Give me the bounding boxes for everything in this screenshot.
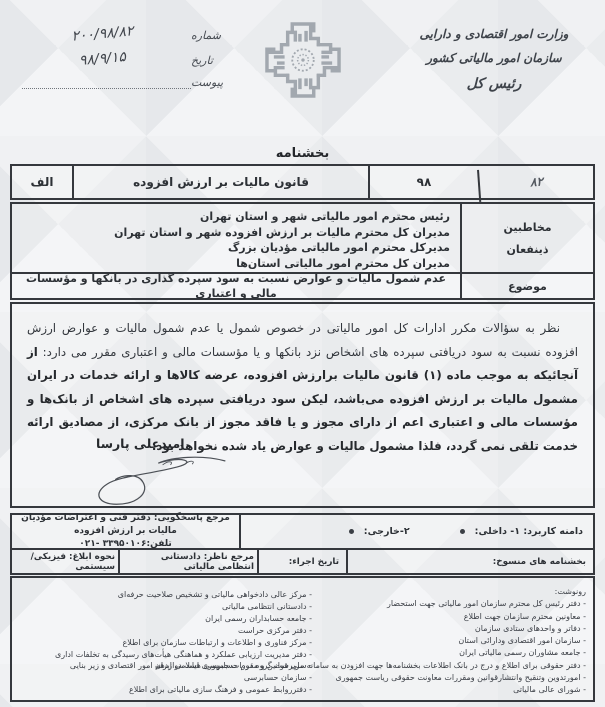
letterhead-ministry-block: وزارت امور اقتصادی و دارایی سازمان امور … <box>399 22 589 98</box>
recipient-line: رئیس محترم امور مالیاتی شهر و استان تهرا… <box>22 209 450 225</box>
cc-item: مرکز فناوری و اطلاعات و ارتباطات سازمان … <box>21 637 312 649</box>
serial-number-cell: ۸۲ <box>477 162 594 202</box>
execution-date-cell: تاریخ اجراء: <box>257 550 346 573</box>
cc-list-left: مرکز عالی دادخواهی مالیاتی و تشخیص صلاحی… <box>21 589 312 696</box>
cc-item: دفتر رئیس کل محترم سازمان امور مالیاتی ج… <box>298 598 586 610</box>
carbon-copy-box: رونوشت: دفتر رئیس کل محترم سازمان امور م… <box>10 576 595 702</box>
external-bullet-icon <box>349 529 354 534</box>
recipients-list: رئیس محترم امور مالیاتی شهر و استان تهرا… <box>12 204 460 272</box>
law-title-cell: قانون مالیات بر ارزش افزوده <box>72 166 368 198</box>
subject-text-cell: عدم شمول مالیات و عوارض نسبت به سود سپرد… <box>12 274 460 298</box>
recipient-line: مدیران کل محترم امور مالیاتی استان‌ها <box>22 256 450 272</box>
repealed-circulars-cell: بخشنامه های منسوخ: <box>346 550 593 573</box>
recipient-line: مدیران کل محترم مالیات بر ارزش افزوده شه… <box>22 225 450 241</box>
cc-item: سازمان امور اقتصادی ودارائی استان <box>298 635 586 647</box>
circular-document-page: وزارت امور اقتصادی و دارایی سازمان امور … <box>0 0 605 707</box>
cc-list-right: رونوشت: دفتر رئیس کل محترم سازمان امور م… <box>298 586 586 697</box>
audience-label-bottom: ذینفعان <box>507 243 549 256</box>
cc-item: دفتر حقوقی برای اطلاع و درج در بانک اطلا… <box>298 660 586 672</box>
body-box: نظر به سؤالات مکرر ادارات کل امور مالیات… <box>10 302 595 508</box>
cc-item: معاونین محترم سازمان جهت اطلاع <box>298 611 586 623</box>
internal-bullet-icon <box>460 529 465 534</box>
responding-authority: مرجع پاسخگویی: دفتر فنی و اعتراضات مؤدیا… <box>16 512 235 538</box>
scope-internal-label: دامنه کاربرد: ۱- داخلی: <box>475 526 583 537</box>
attachment-label: پیوست <box>191 76 229 89</box>
year-cell: ۹۸ <box>368 166 478 198</box>
cc-item: سرپرست گروه دوم حسابرسی هیات دوازدهم امو… <box>21 660 312 672</box>
cc-item: دفتر مرکزی حراست <box>21 625 312 637</box>
audience-label-top: مخاطبین <box>503 221 551 234</box>
audience-label-cell: مخاطبین ذینفعان <box>460 204 593 272</box>
tax-organization-name: سازمان امور مالیاتی کشور <box>399 46 589 70</box>
cc-title: رونوشت: <box>298 586 586 598</box>
category-cell: الف <box>12 166 72 198</box>
signer-name: امیدعلی پارسا <box>96 436 185 451</box>
responding-authority-cell: مرجع پاسخگویی: دفتر فنی و اعتراضات مؤدیا… <box>12 515 239 548</box>
scope-external-label: ۲-خارجی: <box>364 526 410 537</box>
supervisor-cell: مرجع ناظر: دادستانی انتظامی مالیاتی <box>118 550 257 573</box>
notification-method-cell: نحوه ابلاغ: فیزیکی/ سیستمی <box>12 550 118 573</box>
date-value: ۹۸/۹/۱۵ <box>14 43 192 74</box>
cc-item: دفتر مدیریت ارزیابی عملکرد و هماهنگی هیأ… <box>21 649 312 661</box>
director-general-title: رئیس کل <box>399 70 589 98</box>
signature-icon <box>58 450 243 512</box>
body-intro: نظر به سؤالات مکرر ادارات کل امور مالیات… <box>27 321 578 359</box>
ministry-name: وزارت امور اقتصادی و دارایی <box>399 22 589 46</box>
cc-item: امورتدوین وتنقیح وانتشارقوانین ومقررات م… <box>298 672 586 684</box>
cc-item: شورای عالی مالیاتی <box>298 684 586 696</box>
date-label: تاریخ <box>191 54 229 67</box>
letter-number-block: شماره ۲۰۰/۹۸/۸۲ تاریخ ۹۸/۹/۱۵ پیوست <box>14 26 229 98</box>
cc-item: دفترروابط عمومی و فرهنگ سازی مالیاتی برا… <box>21 684 312 696</box>
classification-table: ۸۲ ۹۸ قانون مالیات بر ارزش افزوده الف <box>10 164 595 200</box>
tax-administration-emblem-icon <box>257 14 349 106</box>
addressing-table: مخاطبین ذینفعان رئیس محترم امور مالیاتی … <box>10 202 595 300</box>
cc-item: جامعه حسابداران رسمی ایران <box>21 613 312 625</box>
recipient-line: مدیرکل محترم امور مالیاتی مؤدیان بزرگ <box>22 240 450 256</box>
cc-item: جامعه مشاوران رسمی مالیاتی ایران <box>298 647 586 659</box>
cc-item: سازمان حسابرسی <box>21 672 312 684</box>
cc-item: دادستانی انتظامی مالیاتی <box>21 601 312 613</box>
document-type-title: بخشنامه <box>0 146 605 161</box>
attachment-dotted-line <box>22 76 191 89</box>
cc-item: مرکز عالی دادخواهی مالیاتی و تشخیص صلاحی… <box>21 589 312 601</box>
number-label: شماره <box>191 29 229 42</box>
subject-label-cell: موضوع <box>460 274 593 298</box>
scope-cell: دامنه کاربرد: ۱- داخلی: ۲-خارجی: <box>239 515 593 548</box>
cc-item: دفاتر و واحدهای ستادی سازمان <box>298 623 586 635</box>
meta-table: دامنه کاربرد: ۱- داخلی: ۲-خارجی: مرجع پا… <box>10 513 595 575</box>
